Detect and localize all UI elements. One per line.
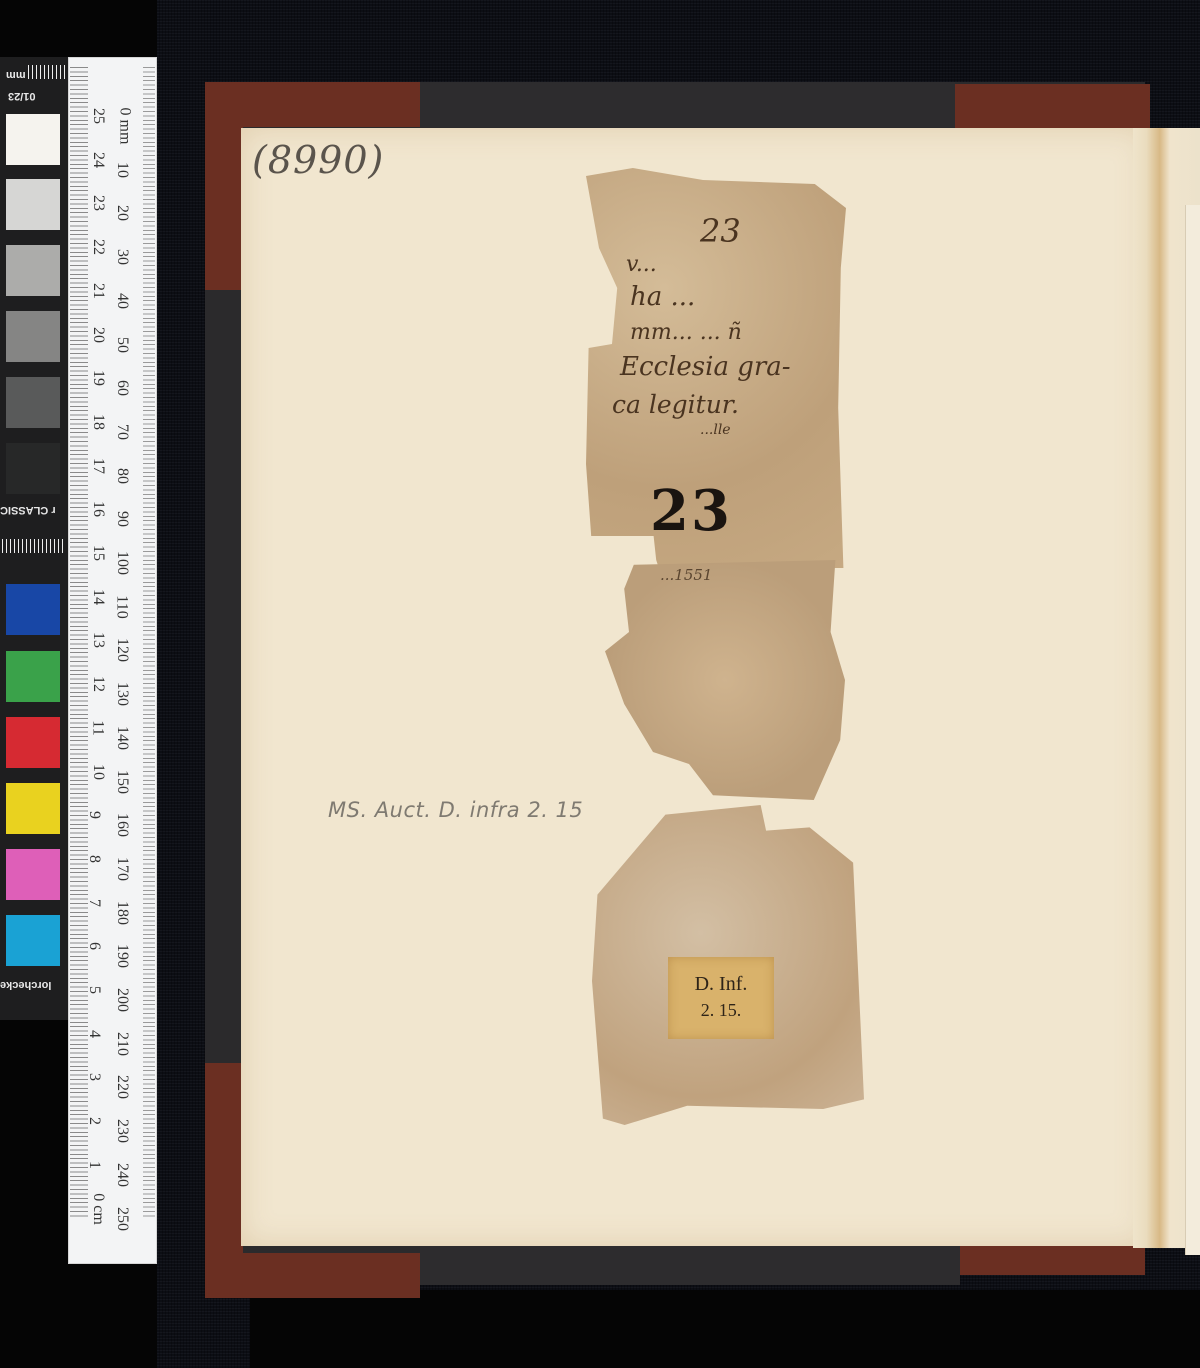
color-patch-magenta	[6, 849, 60, 900]
ruler-cm-ticks	[70, 67, 88, 1217]
ruler-mm-label: 230	[113, 1119, 131, 1143]
ruler-mm-label: 0 mm	[115, 108, 133, 145]
ruler-mm-label: 160	[113, 813, 131, 837]
black-velvet-background	[250, 1290, 1200, 1368]
ruler-mm-label: 100	[113, 551, 131, 575]
fragment-number: 23	[700, 212, 741, 250]
cloth-top-edge	[420, 82, 955, 127]
ruler-cm-label: 10	[89, 764, 107, 780]
ruler-cm-label: 7	[85, 899, 103, 907]
grey-patch-3	[6, 245, 60, 296]
ruler-cm-label: 19	[89, 370, 107, 386]
fragment-line-1: v...	[626, 252, 657, 277]
color-patch-blue	[6, 584, 60, 635]
printed-number: 23	[650, 478, 732, 544]
ruler-cm-label: 20	[89, 327, 107, 343]
ruler-cm-label: 9	[85, 811, 103, 819]
cloth-bottom-edge	[420, 1245, 960, 1285]
ruler-cm-label: 8	[85, 855, 103, 863]
ruler-cm-label: 22	[89, 239, 107, 255]
ruler-mm-label: 130	[113, 682, 131, 706]
leather-corner-bottom-left-side	[205, 1063, 243, 1275]
ruler-cm-label: 13	[89, 632, 107, 648]
grey-patch-1	[6, 114, 60, 165]
leather-corner-top-right	[955, 84, 1150, 128]
ruler-mm-label: 60	[113, 380, 131, 396]
checker-code-label: 01/23	[8, 90, 36, 102]
ruler-cm-label: 1	[85, 1161, 103, 1169]
ruler-cm-label: 2	[85, 1117, 103, 1125]
ruler-mm-label: 50	[113, 337, 131, 353]
color-patch-red	[6, 717, 60, 768]
fragment-line-2: ha ...	[630, 282, 695, 312]
checker-mm-label: mm	[6, 69, 26, 81]
ruler-mm-label: 70	[113, 424, 131, 440]
ruler-mm-label: 20	[113, 205, 131, 221]
color-patch-yellow	[6, 783, 60, 834]
ruler-cm-label: 24	[89, 152, 107, 168]
grey-patch-6	[6, 443, 60, 494]
ruler-mm-label: 150	[113, 770, 131, 794]
ruler-cm-label: 17	[89, 458, 107, 474]
ruler-mm-label: 190	[113, 944, 131, 968]
ruler-cm-label: 25	[89, 108, 107, 124]
fragment-line-4: Ecclesia gra-	[620, 352, 791, 382]
ruler-cm-label: 11	[89, 720, 107, 735]
ruler-mm-label: 180	[113, 901, 131, 925]
fragment-date-note: ...1551	[660, 566, 712, 584]
fragment-line-5: ca legitur.	[612, 390, 739, 419]
ruler-mm-label: 40	[113, 293, 131, 309]
fragment-line-3: mm... ... ñ	[630, 320, 742, 345]
ruler-cm-label: 23	[89, 195, 107, 211]
ruler-mm-label: 240	[113, 1163, 131, 1187]
ruler-cm-label: 4	[85, 1030, 103, 1038]
ruler-mm-label: 30	[113, 249, 131, 265]
facing-page-edge	[1185, 205, 1200, 1255]
ruler-cm-label: 3	[85, 1073, 103, 1081]
checker-brand-label: lorchecke	[0, 979, 51, 991]
ruler-cm-label: 0 cm	[89, 1193, 107, 1225]
ruler-cm-label: 15	[89, 545, 107, 561]
leather-corner-top-left-side	[205, 82, 243, 290]
ruler-cm-label: 16	[89, 501, 107, 517]
ruler-mm-label: 170	[113, 857, 131, 881]
ruler-cm-label: 12	[89, 676, 107, 692]
ruler-mm-label: 80	[113, 468, 131, 484]
ruler-mm-label: 200	[113, 988, 131, 1012]
ruler-mm-label: 120	[113, 638, 131, 662]
ruler-cm-label: 21	[89, 283, 107, 299]
pencil-shelfmark: MS. Auct. D. infra 2. 15	[328, 798, 583, 822]
ruler-cm-label: 14	[89, 589, 107, 605]
grey-patch-5	[6, 377, 60, 428]
ruler-cm-label: 18	[89, 414, 107, 430]
ruler-mm-label: 140	[113, 726, 131, 750]
fragment-line-6: ...lle	[700, 422, 731, 438]
ruler-mm-label: 90	[113, 511, 131, 527]
ruler-mm-label: 210	[113, 1032, 131, 1056]
leather-corner-bottom-right	[960, 1241, 1145, 1275]
ruler-cm-label: 6	[85, 942, 103, 950]
old-shelfmark: (8990)	[252, 138, 384, 182]
label-line-1: D. Inf.	[668, 973, 774, 996]
ruler-mm-label: 110	[113, 595, 131, 618]
label-line-2: 2. 15.	[668, 1000, 774, 1021]
color-checker-strip: mm 01/23 r CLASSIC lorchecke	[0, 57, 70, 1020]
ruler-mm-label: 250	[113, 1207, 131, 1231]
ruler-cm-label: 5	[85, 986, 103, 994]
ruler: 2524232221201918171615141312111098765432…	[68, 57, 157, 1264]
ruler-mm-label: 220	[113, 1075, 131, 1099]
checker-classic-label: r CLASSIC	[0, 504, 56, 516]
grey-patch-2	[6, 179, 60, 230]
color-patch-green	[6, 651, 60, 702]
shelfmark-label: D. Inf. 2. 15.	[668, 957, 774, 1039]
ruler-mm-label: 10	[113, 162, 131, 178]
mm-scale-ticks-2	[2, 539, 64, 553]
color-patch-cyan	[6, 915, 60, 966]
grey-patch-4	[6, 311, 60, 362]
mm-scale-ticks	[28, 65, 66, 79]
ruler-mm-ticks	[143, 67, 155, 1217]
leather-corner-bottom-left	[205, 1253, 420, 1298]
